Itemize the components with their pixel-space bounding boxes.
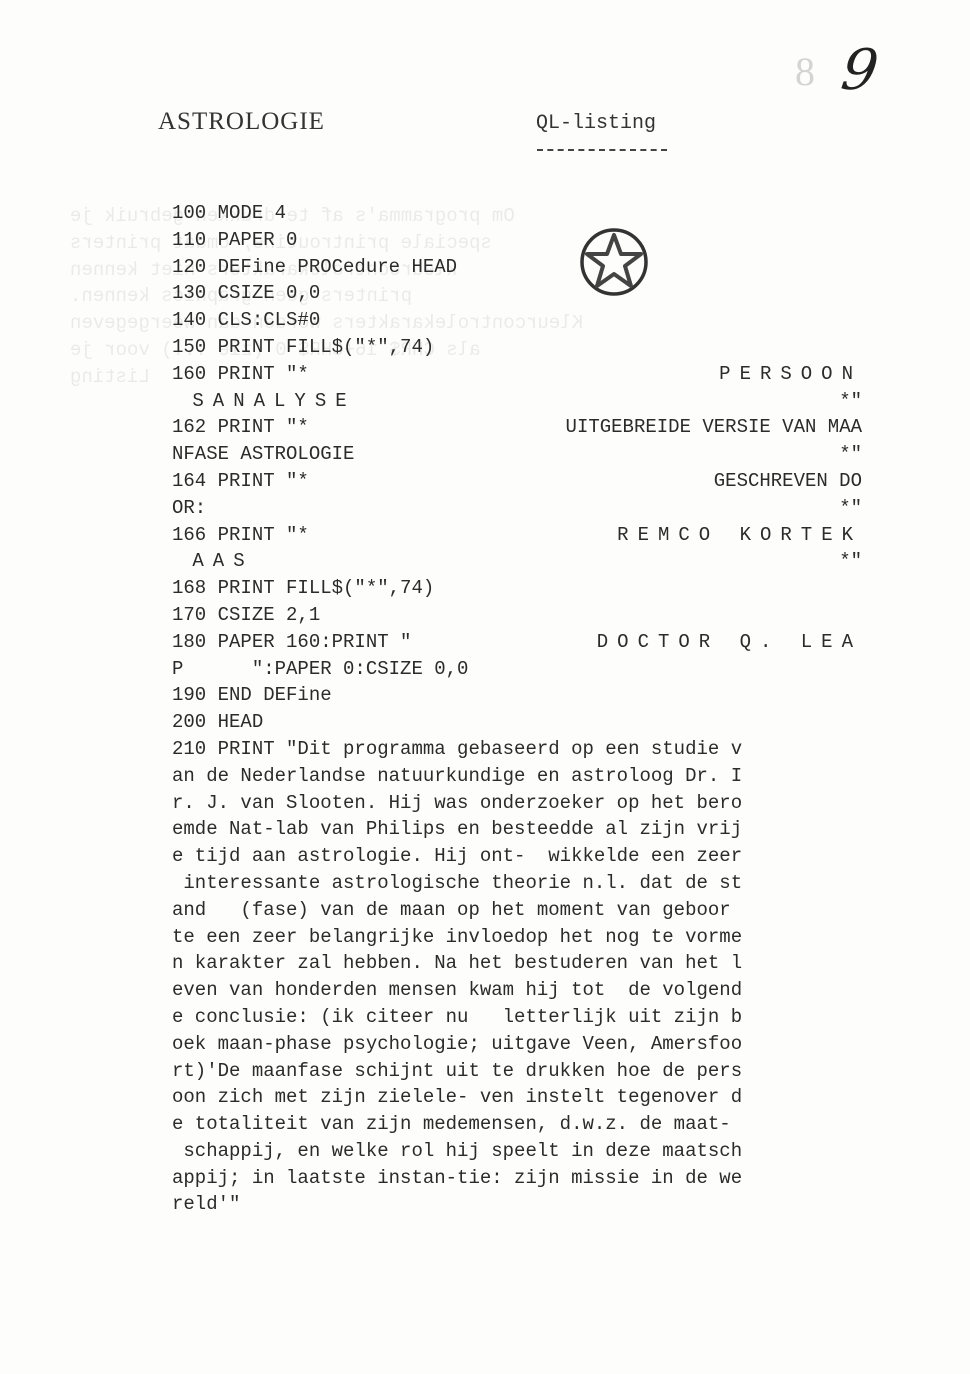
listing-line: r. J. van Slooten. Hij was onderzoeker o… xyxy=(172,790,872,817)
listing-line-text: 210 PRINT "Dit programma gebaseerd op ee… xyxy=(172,738,742,760)
listing-line-text: reld'" xyxy=(172,1193,240,1215)
listing-line-text: te een zeer belangrijke invloedop het no… xyxy=(172,926,742,948)
page-title: ASTROLOGIE xyxy=(158,108,325,136)
listing-line: n karakter zal hebben. Na het bestuderen… xyxy=(172,950,872,977)
listing-line-right-text: DOCTOR Q. LEA xyxy=(172,629,862,656)
listing-line-text: and (fase) van de maan op het moment van… xyxy=(172,899,731,921)
listing-line-right-text: *" xyxy=(172,441,862,468)
listing-line-text: emde Nat-lab van Philips en besteedde al… xyxy=(172,818,742,840)
listing-line-text: 130 CSIZE 0,0 xyxy=(172,282,320,304)
listing-line-text: 170 CSIZE 2,1 xyxy=(172,604,320,626)
listing-line-right-text: *" xyxy=(172,495,862,522)
listing-line: emde Nat-lab van Philips en besteedde al… xyxy=(172,816,872,843)
listing-line: 140 CLS:CLS#0 xyxy=(172,307,872,334)
listing-line: e totaliteit van zijn medemensen, d.w.z.… xyxy=(172,1111,872,1138)
listing-line-right-text: PERSOON xyxy=(172,361,862,388)
listing-line: reld'" xyxy=(172,1191,872,1218)
listing-line-right-text: *" xyxy=(172,388,862,415)
ql-listing: 100 MODE 4110 PAPER 0120 DEFine PROCedur… xyxy=(172,200,872,1218)
page-number: 9 xyxy=(837,38,882,103)
listing-line-text: oek maan-phase psychologie; uitgave Veen… xyxy=(172,1033,742,1055)
listing-line-text: 140 CLS:CLS#0 xyxy=(172,309,320,331)
subtitle-underline xyxy=(537,149,667,151)
listing-line-text: 100 MODE 4 xyxy=(172,202,286,224)
listing-line: 150 PRINT FILL$("*",74) xyxy=(172,334,872,361)
listing-line-right-text: *" xyxy=(172,548,862,575)
listing-line-text: r. J. van Slooten. Hij was onderzoeker o… xyxy=(172,792,742,814)
listing-line: oon zich met zijn zielele- ven instelt t… xyxy=(172,1084,872,1111)
listing-line: 120 DEFine PROCedure HEAD xyxy=(172,254,872,281)
listing-line: 130 CSIZE 0,0 xyxy=(172,280,872,307)
listing-line: an de Nederlandse natuurkundige en astro… xyxy=(172,763,872,790)
listing-line-text: 200 HEAD xyxy=(172,711,263,733)
bleed-through-line: Listing xyxy=(70,366,150,388)
listing-line: appij; in laatste instan-tie: zijn missi… xyxy=(172,1165,872,1192)
listing-line: 166 PRINT "*REMCO KORTEK xyxy=(172,522,872,549)
listing-line-text: 120 DEFine PROCedure HEAD xyxy=(172,256,457,278)
listing-line-text: P ":PAPER 0:CSIZE 0,0 xyxy=(172,658,468,680)
listing-line: 200 HEAD xyxy=(172,709,872,736)
listing-line: e conclusie: (ik citeer nu letterlijk ui… xyxy=(172,1004,872,1031)
listing-line: P ":PAPER 0:CSIZE 0,0 xyxy=(172,656,872,683)
listing-line: SANALYSE*" xyxy=(172,388,872,415)
listing-line: te een zeer belangrijke invloedop het no… xyxy=(172,924,872,951)
listing-line: AAS*" xyxy=(172,548,872,575)
listing-line: 164 PRINT "*GESCHREVEN DO xyxy=(172,468,872,495)
listing-line: and (fase) van de maan op het moment van… xyxy=(172,897,872,924)
listing-line-text: 168 PRINT FILL$("*",74) xyxy=(172,577,434,599)
listing-line-text: e tijd aan astrologie. Hij ont- wikkelde… xyxy=(172,845,742,867)
listing-line-text: rt)'De maanfase schijnt uit te drukken h… xyxy=(172,1060,742,1082)
listing-line-text: even van honderden mensen kwam hij tot d… xyxy=(172,979,742,1001)
listing-line-text: 110 PAPER 0 xyxy=(172,229,297,251)
listing-line-text: n karakter zal hebben. Na het bestuderen… xyxy=(172,952,742,974)
listing-line: 100 MODE 4 xyxy=(172,200,872,227)
listing-line: 190 END DEFine xyxy=(172,682,872,709)
listing-line-text: 190 END DEFine xyxy=(172,684,332,706)
listing-line: OR:*" xyxy=(172,495,872,522)
listing-line-text: interessante astrologische theorie n.l. … xyxy=(172,872,742,894)
listing-line-right-text: REMCO KORTEK xyxy=(172,522,862,549)
listing-line: NFASE ASTROLOGIE*" xyxy=(172,441,872,468)
listing-line: interessante astrologische theorie n.l. … xyxy=(172,870,872,897)
listing-line-text: an de Nederlandse natuurkundige en astro… xyxy=(172,765,742,787)
listing-line-right-text: GESCHREVEN DO xyxy=(172,468,862,495)
listing-line-text: oon zich met zijn zielele- ven instelt t… xyxy=(172,1086,742,1108)
faint-page-number: 8 xyxy=(795,48,815,95)
listing-line-text: schappij, en welke rol hij speelt in dez… xyxy=(172,1140,742,1162)
listing-line: e tijd aan astrologie. Hij ont- wikkelde… xyxy=(172,843,872,870)
listing-line: even van honderden mensen kwam hij tot d… xyxy=(172,977,872,1004)
listing-line: 160 PRINT "*PERSOON xyxy=(172,361,872,388)
listing-line: 110 PAPER 0 xyxy=(172,227,872,254)
listing-line: 180 PAPER 160:PRINT "DOCTOR Q. LEA xyxy=(172,629,872,656)
listing-line: 170 CSIZE 2,1 xyxy=(172,602,872,629)
listing-line-text: appij; in laatste instan-tie: zijn missi… xyxy=(172,1167,742,1189)
listing-line: rt)'De maanfase schijnt uit te drukken h… xyxy=(172,1058,872,1085)
listing-line: oek maan-phase psychologie; uitgave Veen… xyxy=(172,1031,872,1058)
listing-line-text: e conclusie: (ik citeer nu letterlijk ui… xyxy=(172,1006,742,1028)
listing-line-right-text: UITGEBREIDE VERSIE VAN MAA xyxy=(172,414,862,441)
page-subtitle: QL-listing xyxy=(536,112,656,135)
listing-line: 168 PRINT FILL$("*",74) xyxy=(172,575,872,602)
listing-line: 210 PRINT "Dit programma gebaseerd op ee… xyxy=(172,736,872,763)
listing-line-text: e totaliteit van zijn medemensen, d.w.z.… xyxy=(172,1113,731,1135)
listing-line: schappij, en welke rol hij speelt in dez… xyxy=(172,1138,872,1165)
listing-line: 162 PRINT "*UITGEBREIDE VERSIE VAN MAA xyxy=(172,414,872,441)
listing-line-text: 150 PRINT FILL$("*",74) xyxy=(172,336,434,358)
